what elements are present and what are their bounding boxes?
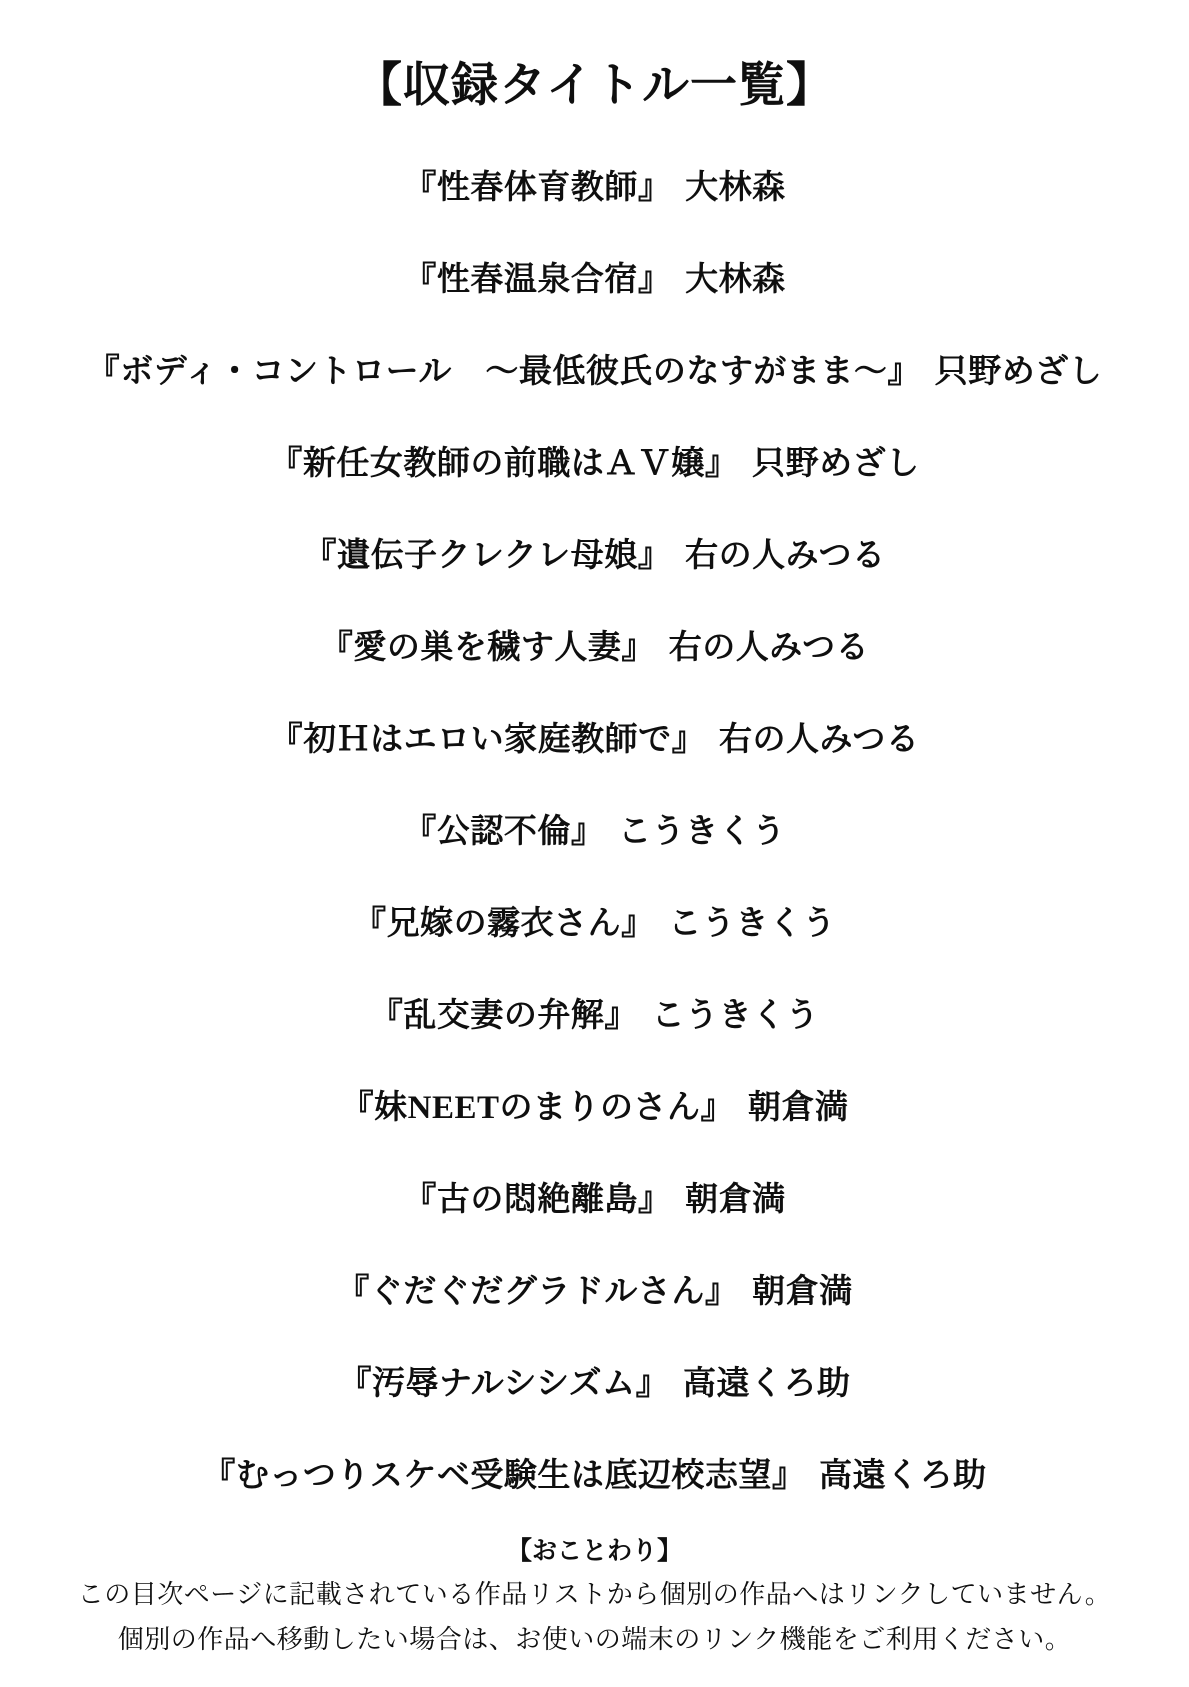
- work-author: 大林森: [685, 161, 786, 208]
- work-author: 右の人みつる: [669, 621, 869, 668]
- toc-item: 『ぐだぐだグラドルさん』朝倉満: [0, 1242, 1189, 1334]
- work-title: 『愛の巣を穢す人妻』: [320, 621, 655, 668]
- toc-item: 『古の悶絶離島』朝倉満: [0, 1150, 1189, 1242]
- toc-item: 『性春温泉合宿』大林森: [0, 230, 1189, 322]
- disclaimer-section: 【おことわり】 この目次ページに記載されている作品リストから個別の作品へはリンク…: [0, 1530, 1189, 1662]
- work-author: 朝倉満: [748, 1081, 849, 1128]
- work-title: 『新任女教師の前職はＡＶ嬢』: [269, 437, 738, 484]
- page-title: 【収録タイトル一覧】: [0, 0, 1189, 118]
- work-author: 高遠くろ助: [819, 1449, 987, 1496]
- work-title: 『ボディ・コントロール ～最低彼氏のなすがまま～』: [87, 345, 921, 392]
- toc-item: 『遺伝子クレクレ母娘』右の人みつる: [0, 506, 1189, 598]
- work-author: 高遠くろ助: [683, 1357, 851, 1404]
- work-title: 『遺伝子クレクレ母娘』: [303, 529, 671, 576]
- toc-item: 『公認不倫』こうきくう: [0, 782, 1189, 874]
- work-author: こうきくう: [652, 989, 820, 1036]
- work-title: 『公認不倫』: [403, 805, 604, 852]
- disclaimer-heading: 【おことわり】: [0, 1530, 1189, 1572]
- disclaimer-line: 個別の作品へ移動したい場合は、お使いの端末のリンク機能をご利用ください。: [0, 1617, 1189, 1662]
- work-title: 『性春体育教師』: [403, 161, 671, 208]
- toc-item: 『兄嫁の霧衣さん』こうきくう: [0, 874, 1189, 966]
- work-title: 『初Ｈはエロい家庭教師で』: [270, 713, 706, 760]
- work-author: 朝倉満: [752, 1265, 853, 1312]
- work-title: 『古の悶絶離島』: [403, 1173, 671, 1220]
- work-title: 『性春温泉合宿』: [403, 253, 671, 300]
- work-title: 『ぐだぐだグラドルさん』: [336, 1265, 738, 1312]
- work-author: 大林森: [685, 253, 786, 300]
- disclaimer-line: この目次ページに記載されている作品リストから個別の作品へはリンクしていません。: [0, 1572, 1189, 1617]
- toc-page: 【収録タイトル一覧】 『性春体育教師』大林森 『性春温泉合宿』大林森 『ボディ・…: [0, 0, 1189, 1687]
- work-title: 『汚辱ナルシシズム』: [338, 1357, 669, 1404]
- toc-item: 『愛の巣を穢す人妻』右の人みつる: [0, 598, 1189, 690]
- work-title: 『妹NEETのまりのさん』: [341, 1081, 734, 1128]
- toc-item: 『初Ｈはエロい家庭教師で』右の人みつる: [0, 690, 1189, 782]
- work-author: 只野めざし: [935, 345, 1103, 392]
- toc-item: 『ボディ・コントロール ～最低彼氏のなすがまま～』只野めざし: [0, 322, 1189, 414]
- toc-list: 『性春体育教師』大林森 『性春温泉合宿』大林森 『ボディ・コントロール ～最低彼…: [0, 138, 1189, 1518]
- toc-item: 『新任女教師の前職はＡＶ嬢』只野めざし: [0, 414, 1189, 506]
- work-author: 朝倉満: [685, 1173, 786, 1220]
- work-title: 『乱交妻の弁解』: [370, 989, 638, 1036]
- work-title: 『兄嫁の霧衣さん』: [353, 897, 655, 944]
- toc-item: 『汚辱ナルシシズム』高遠くろ助: [0, 1334, 1189, 1426]
- toc-item: 『性春体育教師』大林森: [0, 138, 1189, 230]
- work-author: 只野めざし: [752, 437, 920, 484]
- toc-item: 『妹NEETのまりのさん』朝倉満: [0, 1058, 1189, 1150]
- work-author: 右の人みつる: [719, 713, 919, 760]
- work-author: こうきくう: [618, 805, 786, 852]
- work-author: こうきくう: [668, 897, 836, 944]
- toc-item: 『乱交妻の弁解』こうきくう: [0, 966, 1189, 1058]
- work-author: 右の人みつる: [685, 529, 885, 576]
- work-title: 『むっつりスケベ受験生は底辺校志望』: [202, 1449, 805, 1496]
- toc-item: 『むっつりスケベ受験生は底辺校志望』高遠くろ助: [0, 1426, 1189, 1518]
